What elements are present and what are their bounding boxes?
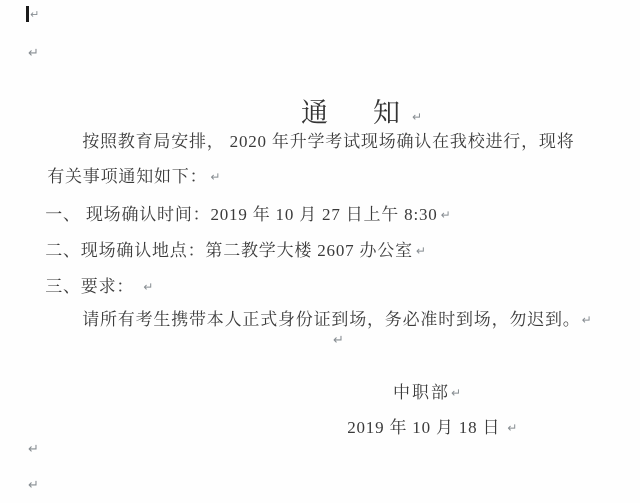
notice-date: 2019 年 10 月 18 日 [347, 418, 500, 437]
paragraph-mark-icon: ↵ [28, 46, 39, 61]
notice-date-line[interactable]: 2019 年 10 月 18 日↵ [327, 398, 517, 457]
text-cursor: ↵ [26, 6, 39, 22]
paragraph-mark-icon: ↵ [28, 442, 39, 457]
requirement-line[interactable]: 请所有考生携带本人正式身份证到场，务必准时到场，勿迟到。↵ [62, 290, 592, 349]
paragraph-mark-icon: ↵ [210, 171, 220, 185]
document-page[interactable]: ↵ ↵ 通 知↵ 按照教育局安排， 2020 年升学考试现场确认在我校进行，现将… [0, 0, 640, 503]
paragraph-mark-icon: ↵ [333, 333, 344, 348]
paragraph-mark-icon: ↵ [30, 8, 39, 21]
paragraph-mark-icon: ↵ [582, 314, 592, 328]
paragraph-mark-icon: ↵ [416, 245, 426, 259]
requirement-text: 请所有考生携带本人正式身份证到场，务必准时到场，勿迟到。 [82, 310, 580, 329]
paragraph-mark-icon: ↵ [28, 478, 39, 493]
paragraph-mark-icon: ↵ [441, 209, 451, 223]
intro-text-2: 有关事项通知如下： [47, 167, 207, 186]
paragraph-mark-icon: ↵ [507, 422, 517, 436]
caret-bar [26, 6, 29, 22]
